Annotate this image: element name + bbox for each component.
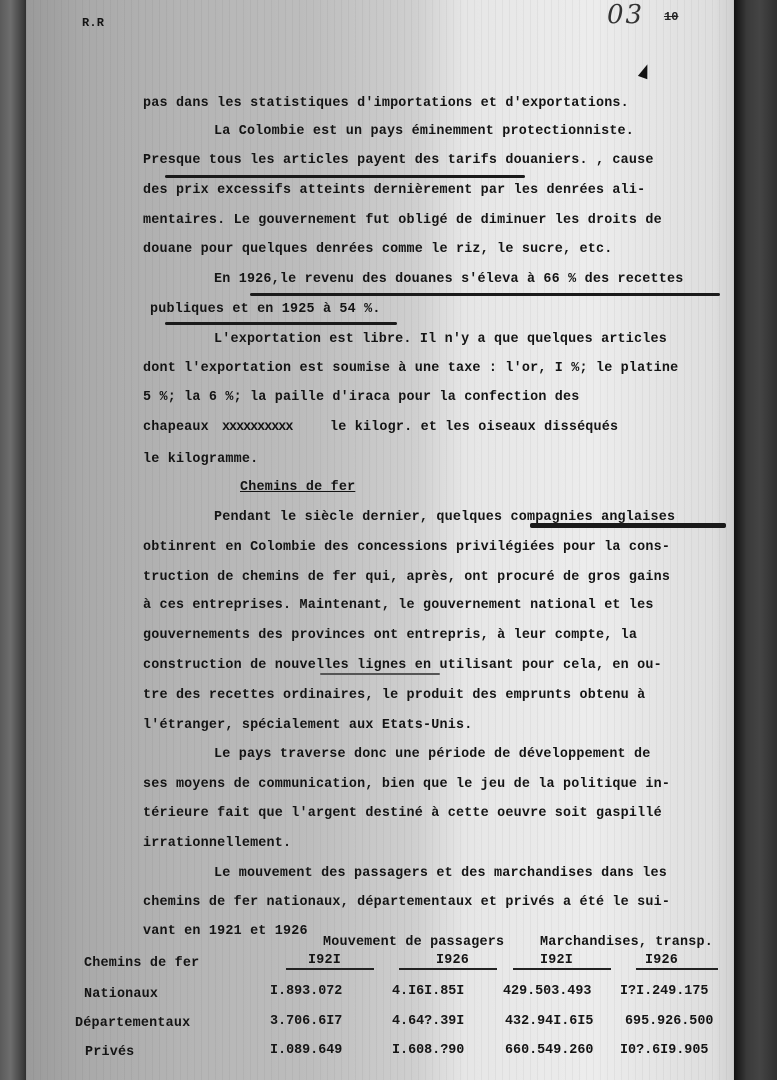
column-underline	[286, 968, 374, 970]
handwritten-underline	[250, 293, 720, 296]
table-cell: 4.I6I.85I	[392, 984, 464, 999]
scan-left-margin	[0, 0, 26, 1080]
text-line: dont l'exportation est soumise à une tax…	[143, 361, 678, 376]
folio-handwritten: 03	[607, 0, 644, 30]
column-underline	[636, 968, 718, 970]
text-line: des prix excessifs atteints dernièrement…	[143, 183, 645, 198]
table-column-header: I92I	[540, 953, 573, 968]
table-cell: 4.64?.39I	[392, 1014, 464, 1029]
table-cell: 432.94I.6I5	[505, 1014, 593, 1029]
handwritten-underline	[530, 523, 726, 528]
handwritten-underline	[320, 673, 440, 675]
table-cell: I.608.?90	[392, 1043, 464, 1058]
text-line: mentaires. Le gouvernement fut obligé de…	[143, 213, 662, 228]
table-row-label: Nationaux	[84, 987, 158, 1002]
text-line: chemins de fer nationaux, départementaux…	[143, 895, 670, 910]
table-row-label: Départementaux	[75, 1016, 190, 1031]
text-line: La Colombie est un pays éminemment prote…	[214, 124, 634, 139]
text-line: térieure fait que l'argent destiné à cet…	[143, 806, 662, 821]
table-group-header-goods: Marchandises, transp.	[540, 935, 713, 950]
text-line: ses moyens de communication, bien que le…	[143, 777, 670, 792]
handwritten-underline	[165, 175, 525, 178]
text-line: l'étranger, spécialement aux Etats-Unis.	[143, 718, 472, 733]
text-line: Le pays traverse donc une période de dév…	[214, 747, 651, 762]
table-cell: I.893.072	[270, 984, 342, 999]
text-line: 5 %; la 6 %; la paille d'iraca pour la c…	[143, 390, 580, 405]
text-line: truction de chemins de fer qui, après, o…	[143, 570, 670, 585]
table-cell: I.089.649	[270, 1043, 342, 1058]
table-column-header: I926	[436, 953, 469, 968]
text-line: le kilogr. et les oiseaux disséqués	[330, 420, 618, 435]
table-cell: 3.706.6I7	[270, 1014, 342, 1029]
table-row-label: Privés	[85, 1045, 134, 1060]
text-line: irrationnellement.	[143, 836, 291, 851]
table-cell: 429.503.493	[503, 984, 591, 999]
scan-right-margin	[734, 0, 777, 1080]
table-cell: I?I.249.175	[620, 984, 708, 999]
folio-typed: 10	[664, 10, 678, 24]
table-cell: I0?.6I9.905	[620, 1043, 708, 1058]
text-line: le kilogramme.	[143, 452, 258, 467]
table-row-header-label: Chemins de fer	[84, 956, 199, 971]
text-line: pas dans les statistiques d'importations…	[143, 96, 629, 111]
column-underline	[399, 968, 497, 970]
text-line: L'exportation est libre. Il n'y a que qu…	[214, 332, 667, 347]
table-cell: 695.926.500	[625, 1014, 713, 1029]
text-line: à ces entreprises. Maintenant, le gouver…	[143, 598, 654, 613]
corner-mark: R.R	[82, 16, 104, 30]
table-cell: 660.549.260	[505, 1043, 593, 1058]
text-line: publiques et en 1925 à 54 %.	[150, 302, 381, 317]
text-line: gouvernements des provinces ont entrepri…	[143, 628, 637, 643]
text-line: Presque tous les articles payent des tar…	[143, 153, 654, 168]
text-line: douane pour quelques denrées comme le ri…	[143, 242, 612, 257]
column-underline	[513, 968, 611, 970]
section-heading: Chemins de fer	[240, 480, 355, 495]
table-column-header: I92I	[308, 953, 341, 968]
text-line: Le mouvement des passagers et des marcha…	[214, 866, 667, 881]
struck-out-text: xxxxxxxxxx	[222, 420, 292, 435]
text-line: chapeaux	[143, 420, 209, 435]
table-column-header: I926	[645, 953, 678, 968]
text-line: En 1926,le revenu des douanes s'éleva à …	[214, 272, 683, 287]
handwritten-underline	[165, 322, 397, 325]
text-line: obtinrent en Colombie des concessions pr…	[143, 540, 670, 555]
text-line: tre des recettes ordinaires, le produit …	[143, 688, 645, 703]
text-line: construction de nouvelles lignes en util…	[143, 658, 662, 673]
text-line: vant en 1921 et 1926	[143, 924, 308, 939]
table-group-header-passengers: Mouvement de passagers	[323, 935, 504, 950]
